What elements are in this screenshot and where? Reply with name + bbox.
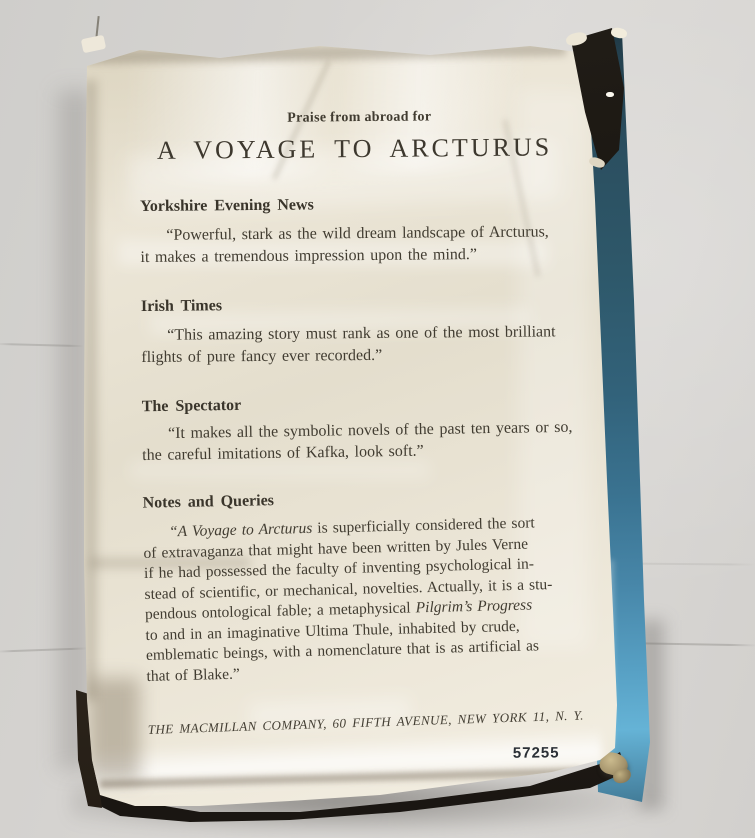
- review-quote-line: “It makes all the symbolic novels of the…: [142, 419, 573, 444]
- review-source-spectator: The Spectator: [142, 397, 242, 416]
- review-quote-line: “This amazing story must rank as one of …: [141, 323, 556, 345]
- review-quote-line: “Powerful, stark as the wild dream lands…: [140, 223, 549, 245]
- review-source-yorkshire: Yorkshire Evening News: [140, 196, 314, 216]
- quote-text: is superficially considered the sort: [312, 514, 535, 536]
- review-quote-line: the careful imitations of Kafka, look so…: [142, 443, 424, 465]
- review-quote-line: flights of pure fancy ever recorded.”: [141, 347, 382, 367]
- review-source-irish-times: Irish Times: [141, 297, 222, 316]
- review-quote-line: it makes a tremendous impression upon th…: [140, 246, 477, 267]
- italic-work-title: Pilgrim’s Progress: [415, 597, 532, 617]
- book-photo-scene: Praise from abroad for A VOYAGE TO ARCTU…: [0, 0, 755, 838]
- book-title: A VOYAGE TO ARCTURUS: [104, 132, 604, 166]
- kicker-line: Praise from abroad for: [139, 108, 579, 128]
- review-paragraph: “A Voyage to Arcturus is superficially c…: [143, 513, 555, 687]
- italic-book-title: “A Voyage to Arcturus: [169, 520, 313, 540]
- publisher-imprint-line: THE MACMILLAN COMPANY, 60 FIFTH AVENUE, …: [148, 707, 584, 737]
- stock-number-stamp: 57255: [513, 744, 560, 761]
- review-source-notes-queries: Notes and Queries: [142, 492, 274, 513]
- torn-paper-fleck: [606, 92, 614, 97]
